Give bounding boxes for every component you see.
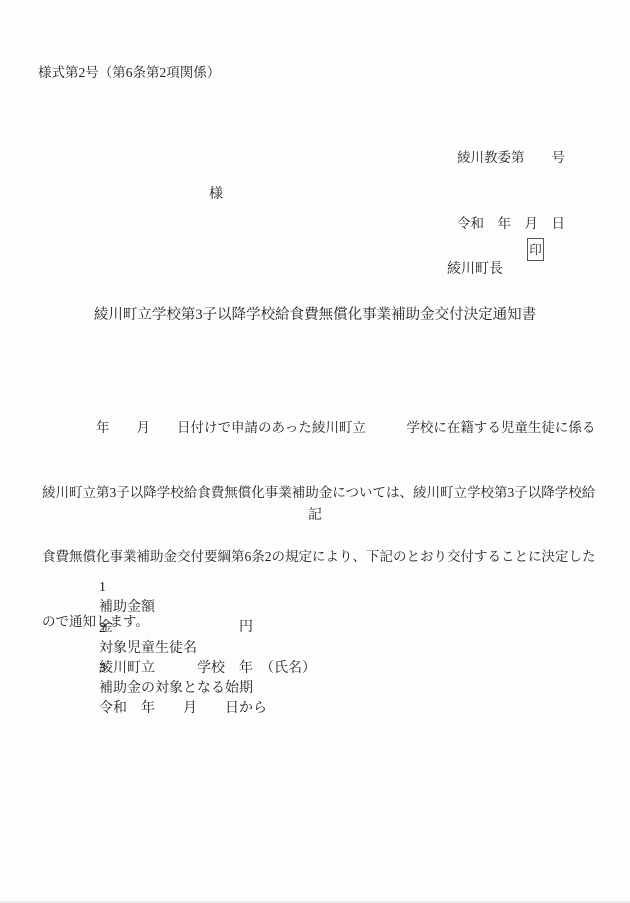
issue-date: 令和 年 月 日 [457, 213, 565, 235]
mayor-title: 綾川町長 [447, 262, 503, 277]
item-number: 3 [99, 661, 119, 677]
body-line-1: 年 月 日付けで申請のあった綾川町立 学校に在籍する児童生徒に係る [42, 417, 602, 439]
item-number: 1 [99, 580, 119, 596]
item-number: 2 [99, 621, 119, 637]
form-number: 様式第2号（第6条第2項関係） [38, 61, 220, 81]
document-page: 様式第2号（第6条第2項関係） 綾川教委第 号 令和 年 月 日 様 綾川町長 … [0, 0, 630, 903]
issuer-line: 綾川町長 [433, 242, 503, 294]
item-value: 令和 年 月 日から [99, 701, 267, 716]
item-label: 補助金の対象となる始期 [99, 677, 282, 697]
body-line-2: 綾川町立第3子以降学校給食費無償化事業補助金については、綾川町立学校第3子以降学… [42, 482, 602, 504]
document-title: 綾川町立学校第3子以降学校給食費無償化事業補助金交付決定通知書 [0, 303, 630, 324]
item-row-subsidy-start-date: 3 補助金の対象となる始期 令和 年 月 日から [85, 645, 282, 733]
doc-number: 綾川教委第 号 [457, 147, 565, 169]
record-marker: 記 [0, 504, 630, 524]
seal-stamp: 印 [527, 238, 544, 261]
recipient-honorific: 様 [209, 183, 223, 203]
